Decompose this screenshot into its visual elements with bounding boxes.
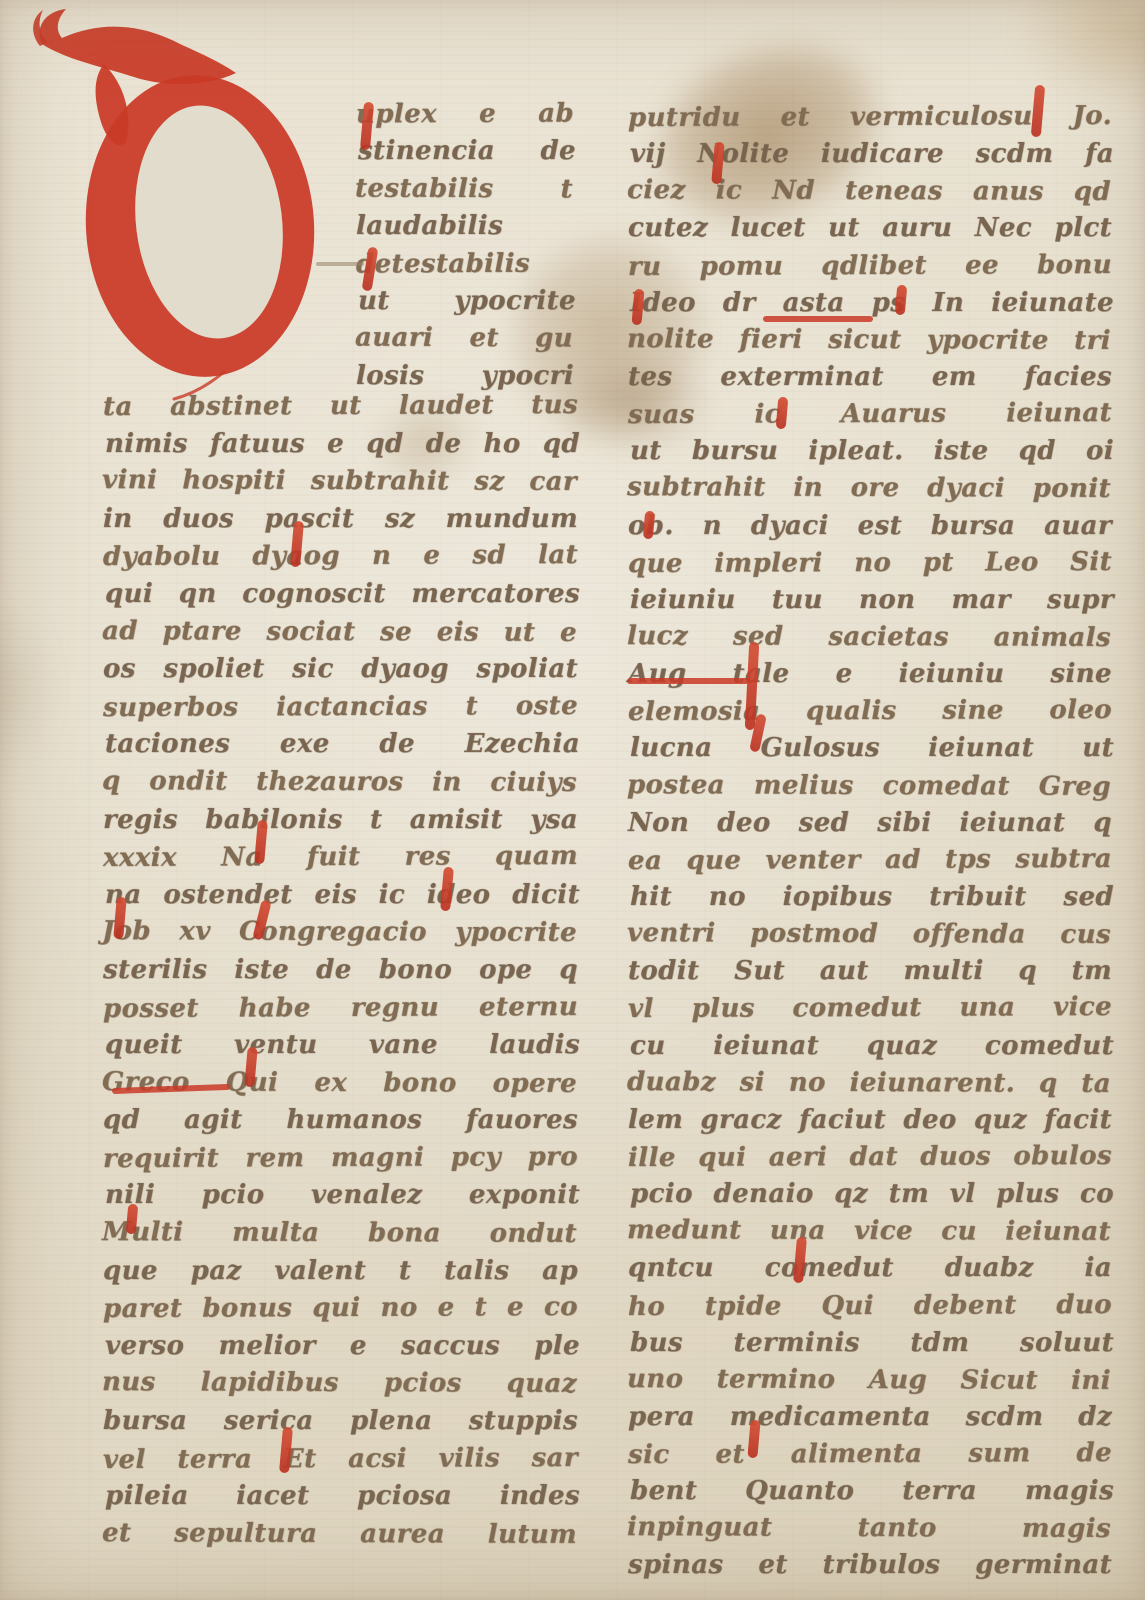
text-line: regis babilonis t amisit ysa: [103, 802, 578, 840]
text-line: queit ventu vane laudis: [105, 1027, 580, 1065]
text-line: nus lapidibus pcios quaz: [102, 1365, 577, 1404]
text-line: que paz valent t talis ap: [103, 1253, 578, 1291]
text-line: nili pcio venalez exponit: [105, 1177, 580, 1215]
text-line: na ostendet eis ic ideo dicit: [105, 877, 580, 915]
text-line: uplex e ab: [356, 96, 574, 134]
text-line: nolite fieri sicut ypocrite tri: [627, 321, 1111, 360]
text-line: q ondit thezauros in ciuiys: [102, 763, 577, 802]
text-line: duabz si no ieiunarent. q ta: [627, 1064, 1111, 1103]
text-line: lem gracz faciut deo quz facit: [628, 1102, 1112, 1139]
text-line: Aug tale e ieiuniu sine: [628, 656, 1112, 693]
text-line: in duos pascit sz mundum: [103, 501, 578, 539]
text-line: putridu et vermiculosu Jo.: [628, 98, 1112, 137]
text-line: taciones exe de Ezechia: [105, 726, 580, 764]
text-line: Ideo dr asta ps In ieiunate: [630, 285, 1114, 322]
text-line: pera medicamenta scdm dz: [628, 1399, 1112, 1436]
text-line: os spoliet sic dyaog spoliat: [103, 651, 578, 689]
text-line: cutez lucet ut auru Nec plct: [628, 210, 1112, 247]
text-line: suas ic Auarus ieiunat: [628, 395, 1112, 434]
text-line: qd agit humanos fauores: [103, 1102, 578, 1140]
text-line: Greco Qui ex bono opere: [102, 1064, 577, 1103]
text-line: ut ypocrite: [358, 283, 576, 320]
text-line: Job xv Congregacio ypocrite: [102, 913, 577, 952]
text-line: stinencia de: [358, 133, 576, 170]
text-line: subtrahit in ore dyaci ponit: [627, 469, 1111, 508]
text-line: ru pomu qdlibet ee bonu: [628, 247, 1112, 286]
text-line: inpinguat tanto magis: [627, 1509, 1111, 1548]
text-line: todit Sut aut multi q tm: [628, 953, 1112, 990]
text-line: verso melior e saccus ple: [105, 1328, 580, 1366]
text-line: spinas et tribulos germinat: [628, 1547, 1112, 1584]
text-line: lucz sed sacietas animals: [627, 618, 1111, 657]
text-line: superbos iactancias t oste: [103, 688, 578, 728]
text-line: uno termino Aug Sicut ini: [627, 1361, 1111, 1400]
text-line: Multi multa bona ondut: [102, 1214, 577, 1253]
text-line: ciez ic Nd teneas anus qd: [627, 172, 1111, 211]
text-line: qui qn cognoscit mercatores: [105, 576, 580, 614]
text-column-opening: uplex e abstinencia detestabilis tlaudab…: [356, 96, 574, 395]
text-line: ut bursu ipleat. iste qd oi: [630, 433, 1114, 470]
text-line: hit no iopibus tribuit sed: [630, 879, 1114, 916]
text-line: bursa serica plena stuppis: [103, 1403, 578, 1441]
text-line: vini hospiti subtrahit sz car: [102, 462, 577, 501]
text-line: auari et gu: [355, 320, 573, 358]
text-line: ho tpide Qui debent duo: [628, 1286, 1112, 1325]
text-line: postea melius comedat Greg: [627, 767, 1111, 806]
text-line: lucna Gulosus ieiunat ut: [630, 730, 1114, 767]
illuminated-initial-d: [28, 0, 358, 412]
text-line: Non deo sed sibi ieiunat q: [628, 805, 1112, 842]
text-line: laudabilis: [356, 208, 574, 245]
text-line: testabilis t: [355, 170, 573, 208]
text-line: bus terminis tdm soluut: [630, 1325, 1114, 1362]
text-line: nimis fatuus e qd de ho qd: [105, 426, 580, 464]
text-line: detestabilis: [356, 245, 574, 283]
text-line: pileia iacet pciosa indes: [105, 1478, 580, 1516]
text-line: dyabolu dyaog n e sd lat: [103, 537, 578, 577]
text-line: vel terra Et acsi vilis sar: [103, 1440, 578, 1480]
text-line: et sepultura aurea lutum: [102, 1515, 577, 1554]
text-line: vl plus comedut una vice: [628, 989, 1112, 1028]
text-line: ea que venter ad tps subtra: [628, 841, 1112, 880]
text-line: vij Nolite iudicare scdm fa: [630, 136, 1114, 173]
text-line: cu ieiunat quaz comedut: [630, 1028, 1114, 1065]
text-line: posset habe regnu eternu: [103, 988, 578, 1028]
text-line: ieiuniu tuu non mar supr: [630, 582, 1114, 619]
text-line: pcio denaio qz tm vl plus co: [630, 1176, 1114, 1213]
text-line: requirit rem magni pcy pro: [103, 1139, 578, 1179]
text-line: medunt una vice cu ieiunat: [627, 1212, 1111, 1251]
text-line: ad ptare sociat se eis ut e: [102, 613, 577, 652]
text-column-left: ta abstinet ut laudet tusnimis fatuus e …: [103, 388, 578, 1553]
text-column-right: putridu et vermiculosu Jo.vij Nolite iud…: [628, 99, 1112, 1585]
text-line: ille qui aeri dat duos obulos: [628, 1138, 1112, 1177]
manuscript-page: uplex e abstinencia detestabilis tlaudab…: [0, 0, 1145, 1600]
text-line: bent Quanto terra magis: [630, 1473, 1114, 1510]
text-line: ob. n dyaci est bursa auar: [628, 508, 1112, 545]
text-line: sterilis iste de bono ope q: [103, 952, 578, 990]
text-line: xxxix Na fuit res quam: [103, 838, 578, 878]
text-line: elemosia qualis sine oleo: [628, 692, 1112, 731]
text-line: tes exterminat em facies: [628, 359, 1112, 396]
text-line: sic et alimenta sum de: [628, 1435, 1112, 1474]
text-line: que impleri no pt Leo Sit: [628, 544, 1112, 583]
text-line: qntcu comedut duabz ia: [628, 1250, 1112, 1287]
text-line: ta abstinet ut laudet tus: [103, 387, 578, 427]
text-line: paret bonus qui no e t e co: [103, 1289, 578, 1329]
stain-left-edge: [0, 560, 90, 820]
text-line: ventri postmod offenda cus: [627, 915, 1111, 954]
